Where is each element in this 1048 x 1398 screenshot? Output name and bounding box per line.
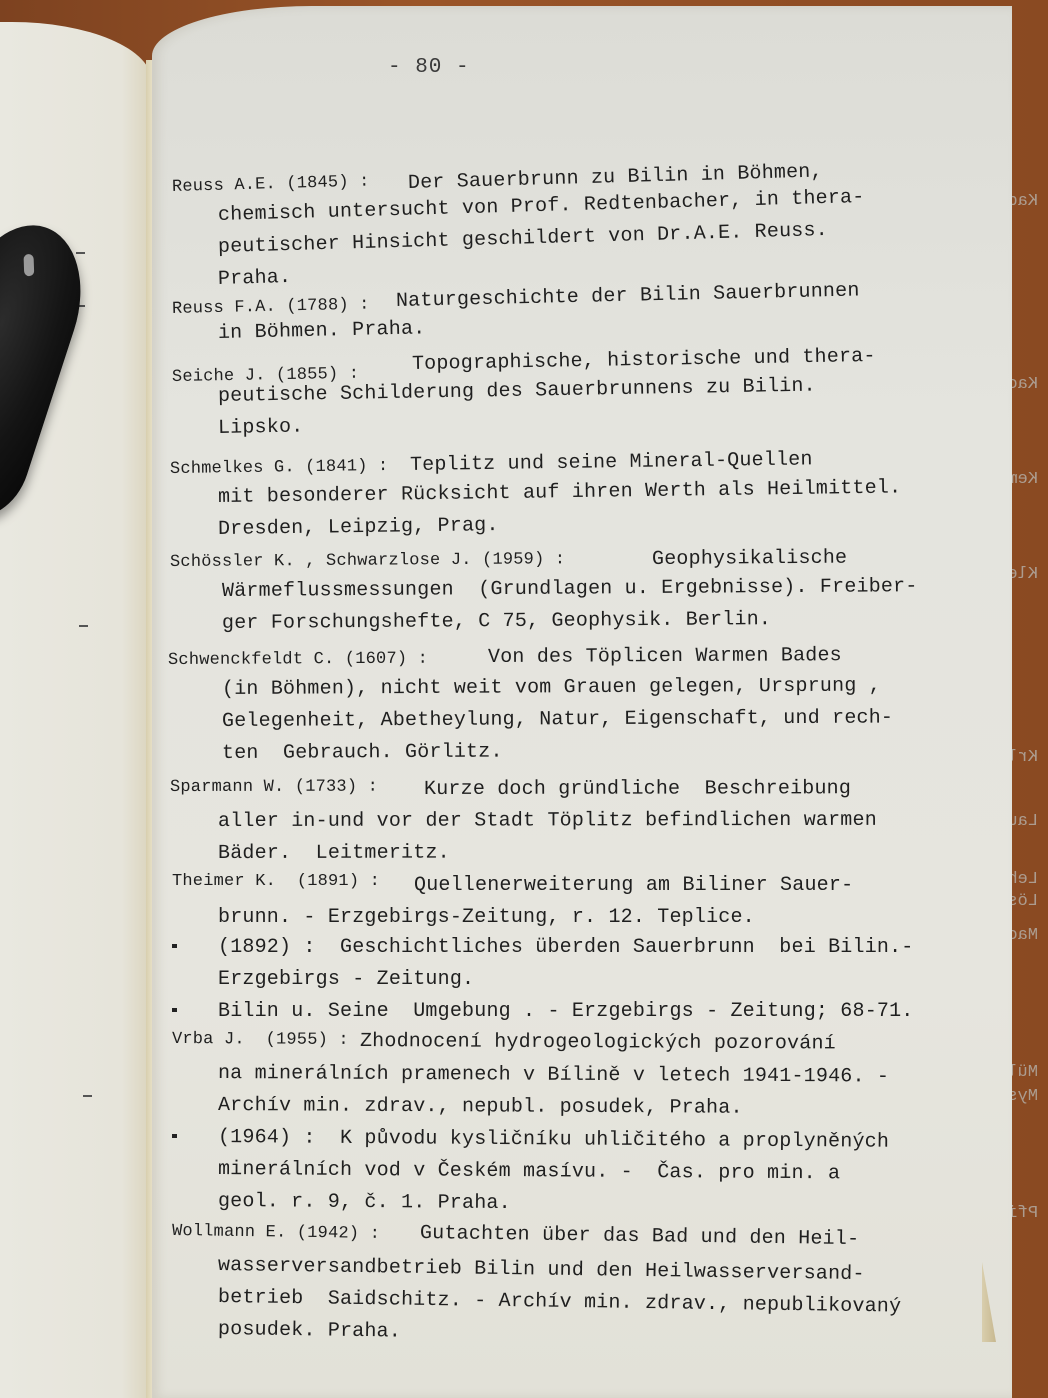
entry-author: Sparmann W. (1733) : (170, 778, 378, 797)
entry-text-line: Lipsko. (218, 416, 304, 440)
entry-text-line: Dresden, Leipzig, Prag. (218, 514, 499, 541)
entry-text-line: Gelegenheit, Abetheylung, Natur, Eigensc… (222, 706, 893, 733)
ditto-mark-icon (172, 1008, 177, 1012)
entry-text-line: betrieb Saidschitz. - Archív min. zdrav.… (218, 1286, 902, 1319)
entry-text-line: in Böhmen. Praha. (218, 317, 426, 345)
entry-author: Wollmann E. (1942) : (172, 1222, 380, 1244)
entry-text-line: Teplitz und seine Mineral-Quellen (410, 448, 813, 477)
entry-text-line: Gutachten über das Bad und den Heil- (420, 1222, 860, 1251)
entry-text-line: Zhodnocení hydrogeologických pozorování (360, 1030, 836, 1055)
entry-text-line: peutischer Hinsicht geschildert von Dr.A… (218, 219, 829, 259)
entry-text-line: ger Forschungshefte, C 75, Geophysik. Be… (222, 608, 771, 635)
bibliography-list: Reuss A.E. (1845) :Der Sauerbrunn zu Bil… (0, 0, 1048, 1398)
entry-text-line: posudek. Praha. (218, 1318, 401, 1344)
entry-author: Theimer K. (1891) : (172, 872, 380, 891)
entry-text-line: Erzgebirgs - Zeitung. (218, 968, 474, 991)
entry-author: Reuss F.A. (1788) : (172, 296, 370, 319)
entry-text-line: geol. r. 9, č. 1. Praha. (218, 1190, 511, 1215)
entry-text-line: Topographische, historische und thera- (412, 345, 876, 376)
entry-text-line: minerálních vod v Českém masívu. - Čas. … (218, 1158, 840, 1185)
entry-text-line: (in Böhmen), nicht weit vom Grauen geleg… (222, 675, 881, 701)
entry-text-line: aller in-und vor der Stadt Töplitz befin… (218, 809, 877, 833)
entry-text-line: Praha. (218, 266, 292, 291)
entry-text-line: wasserversandbetrieb Bilin und den Heilw… (218, 1254, 865, 1286)
entry-text-line: Wärmeflussmessungen (Grundlagen u. Ergeb… (222, 575, 918, 603)
entry-text-line: Archív min. zdrav., nepubl. posudek, Pra… (218, 1094, 743, 1120)
entry-text-line: Kurze doch gründliche Beschreibung (424, 777, 851, 801)
entry-text-line: brunn. - Erzgebirgs-Zeitung, r. 12. Tepl… (218, 906, 755, 929)
entry-text-line: na minerálních pramenech v Bílině v lete… (218, 1062, 889, 1089)
entry-author: Reuss A.E. (1845) : (172, 172, 370, 197)
entry-text-line: Geophysikalische (652, 547, 847, 571)
ditto-mark-icon (172, 1134, 177, 1138)
entry-text-line: (1964) : K původu kysličníku uhličitého … (218, 1126, 889, 1154)
entry-text-line: Bilin u. Seine Umgebung . - Erzgebirgs -… (218, 1000, 914, 1023)
entry-text-line: Naturgeschichte der Bilin Sauerbrunnen (396, 279, 860, 313)
entry-text-line: Bäder. Leitmeritz. (218, 842, 450, 865)
entry-text-line: (1892) : Geschichtliches überden Sauerbr… (218, 936, 914, 959)
entry-text-line: mit besonderer Rücksicht auf ihren Werth… (218, 476, 902, 509)
ditto-mark-icon (172, 944, 177, 948)
entry-text-line: Von des Töplicen Warmen Bades (488, 644, 842, 669)
entry-text-line: Quellenerweiterung am Biliner Sauer- (414, 874, 853, 897)
entry-author: Schwenckfeldt C. (1607) : (168, 650, 428, 670)
entry-author: Schmelkes G. (1841) : (170, 457, 389, 479)
entry-author: Vrba J. (1955) : (172, 1030, 349, 1050)
entry-text-line: ten Gebrauch. Görlitz. (222, 741, 503, 765)
entry-author: Schössler K. , Schwarzlose J. (1959) : (170, 550, 565, 572)
